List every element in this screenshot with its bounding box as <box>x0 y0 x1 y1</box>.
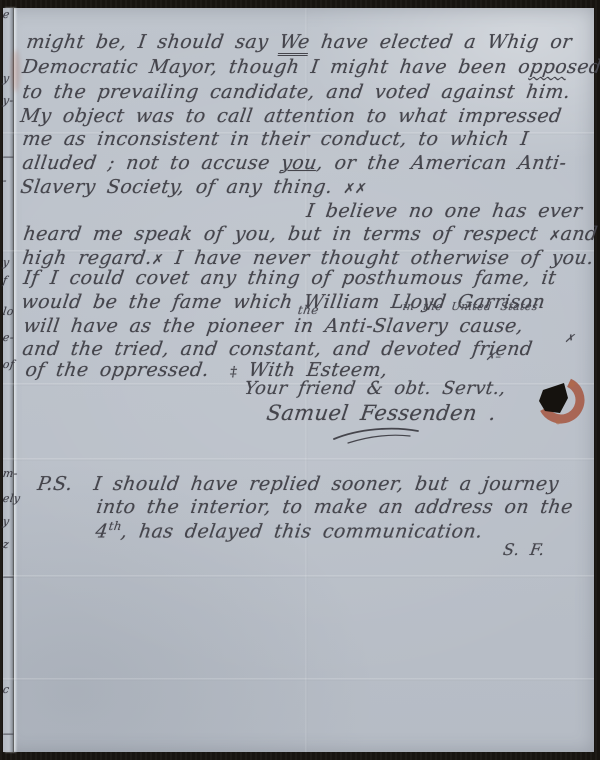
handwriting-text: We <box>278 31 312 56</box>
edge-fragment: — <box>2 727 15 740</box>
body-line-13: will have as the pioneer in Anti-Slavery… <box>22 315 525 337</box>
handwriting-text: him <box>525 81 566 103</box>
edge-fragment: e- <box>2 331 15 344</box>
handwriting-text: Your friend & obt. Servt., <box>243 378 507 399</box>
interlinear-insert-the: the <box>297 303 320 317</box>
postscript-line-3: 4th, has delayed this communication. <box>94 519 484 542</box>
handwriting-text: to the prevailing candidate, and voted a… <box>21 81 528 103</box>
edge-fragment: c <box>2 683 10 696</box>
handwriting-text: Democratic Mayor, though I might have be… <box>21 56 600 78</box>
handwriting-text: have elected a Whig or <box>308 31 573 53</box>
body-line-5: me as inconsistent in their conduct, to … <box>21 128 530 150</box>
handwriting-text: , has delayed this communication. <box>120 520 485 542</box>
edge-fragment: y <box>2 256 10 269</box>
handwriting-text: into the interior, to make an address on… <box>95 496 574 518</box>
body-line-3: to the prevailing candidate, and voted a… <box>21 81 572 103</box>
handwriting-text: high regard. <box>21 247 154 269</box>
wax-seal-icon <box>531 373 587 429</box>
handwriting-text: Samuel Fessenden . <box>265 401 498 425</box>
edge-fragment: m- <box>2 467 19 480</box>
interlinear-insert-in-the-united-states: in the United States <box>402 300 539 313</box>
edge-fragment: — <box>2 150 15 163</box>
handwriting-text: might be, I should say <box>25 31 281 53</box>
handwriting-text: I believe no one has ever <box>305 200 584 222</box>
body-line-10: high regard.✗ I have never thought other… <box>21 247 595 269</box>
body-line-1: might be, I should say We have elected a… <box>25 31 573 53</box>
handwriting-text: you <box>280 152 319 174</box>
handwriting-text: heard me speak of you, but in terms of r… <box>22 223 551 245</box>
edge-fragment: y- <box>2 94 15 107</box>
handwriting-text: and the tried, and constant, and devoted… <box>21 338 534 360</box>
body-line-14: and the tried, and constant, and devoted… <box>21 338 534 360</box>
handwriting-text: Slavery Society, of any thing. <box>19 176 345 198</box>
handwriting-text: me as inconsistent in their conduct, to … <box>21 128 530 150</box>
edge-fragment: — <box>2 570 15 583</box>
handwriting-text: ✗✗ <box>342 181 367 197</box>
postscript-line-2: into the interior, to make an address on… <box>95 496 574 518</box>
handwriting-text: and <box>559 223 599 245</box>
handwriting-text: If I could covet any thing of posthumous… <box>22 267 558 289</box>
body-line-8: I believe no one has ever <box>305 200 584 222</box>
body-line-2: Democratic Mayor, though I might have be… <box>21 56 600 78</box>
proof-mark-below-friend: ✗– <box>485 350 502 363</box>
handwriting-text: P.S. I should have replied sooner, but a… <box>36 473 560 495</box>
handwriting-text: S. F. <box>502 540 546 559</box>
body-line-11: If I could covet any thing of posthumous… <box>22 267 558 289</box>
handwriting-text: alluded ; not to accuse <box>21 152 283 174</box>
wax-seal-remnant <box>531 373 587 429</box>
postscript-initials: S. F. <box>502 540 546 559</box>
handwriting-text: of the oppressed. <box>24 359 232 381</box>
edge-fragment: of <box>2 358 15 371</box>
edge-fragment: lo <box>2 305 15 318</box>
edge-fragment: y <box>2 72 10 85</box>
handwriting-text: I have never thought otherwise of you. <box>162 247 595 269</box>
body-line-9: heard me speak of you, but in terms of r… <box>22 223 599 245</box>
postscript-line-1: P.S. I should have replied sooner, but a… <box>36 473 560 495</box>
adjacent-page-edge <box>3 8 14 752</box>
proof-mark-after-cause: ✗ <box>564 332 575 345</box>
scanned-letter-photo: might be, I should say We have elected a… <box>0 0 600 760</box>
closing-line: Your friend & obt. Servt., <box>243 378 507 399</box>
edge-fragment: ely <box>2 492 21 505</box>
handwriting-text: will have as the pioneer in Anti-Slavery… <box>22 315 525 337</box>
edge-fragment: y <box>2 515 10 528</box>
handwriting-text: , or the American Anti- <box>315 152 568 174</box>
body-line-6: alluded ; not to accuse you, or the Amer… <box>21 152 568 174</box>
body-line-7: Slavery Society, of any thing. ✗✗ <box>19 176 368 198</box>
flourish-icon <box>330 424 422 446</box>
signature-flourish <box>330 424 422 446</box>
body-line-4: My object was to call attention to what … <box>19 105 563 127</box>
handwriting-text: My object was to call attention to what … <box>19 105 563 127</box>
signature-line: Samuel Fessenden . <box>265 401 498 425</box>
